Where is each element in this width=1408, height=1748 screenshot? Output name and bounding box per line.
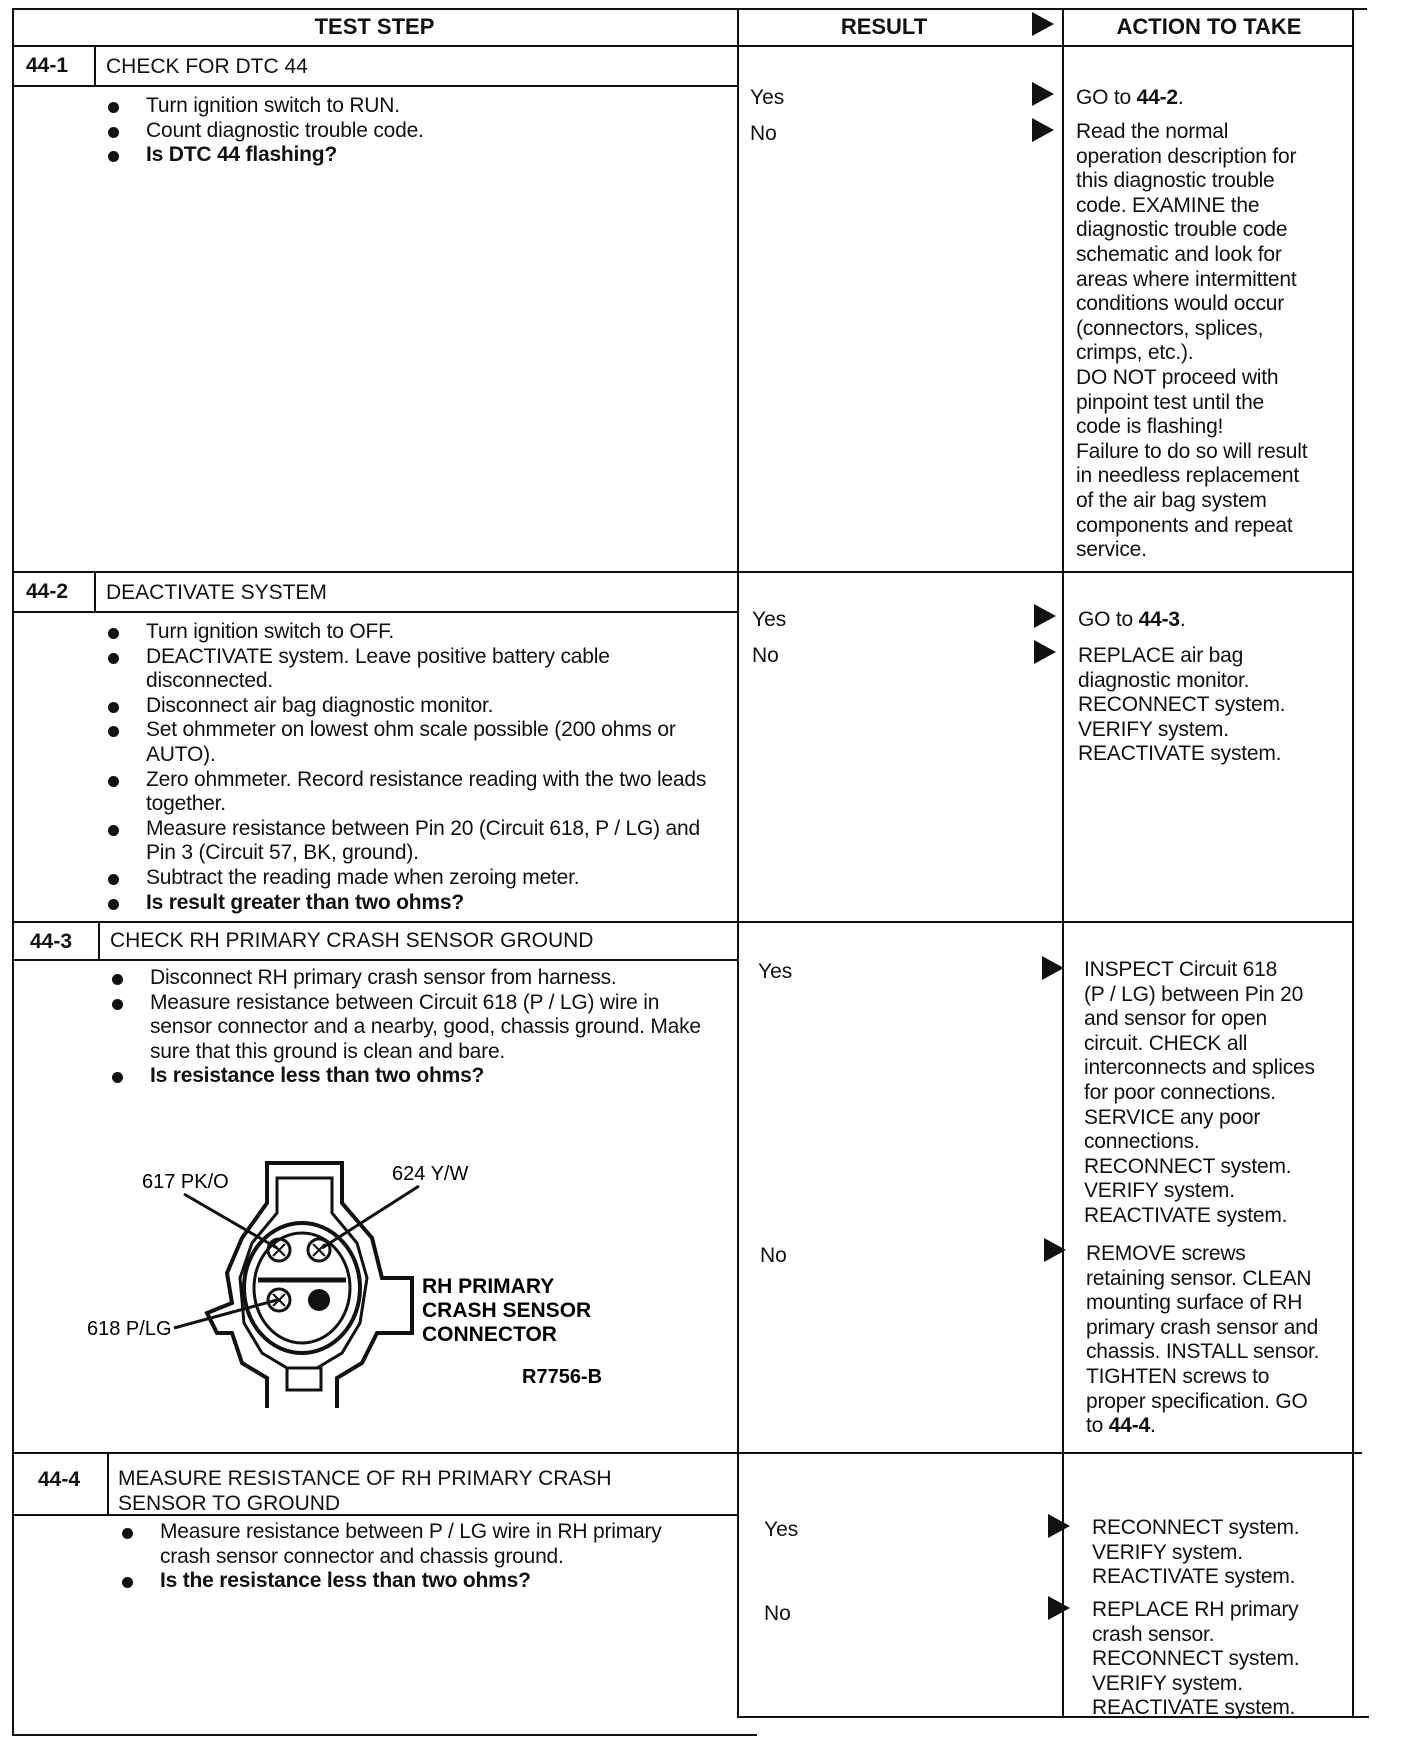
result-no: No (764, 1602, 791, 1626)
result-no: No (760, 1244, 787, 1268)
result-yes: Yes (764, 1518, 798, 1542)
figure-caption-line: CRASH SENSOR (422, 1299, 591, 1322)
instruction-question: Is resistance less than two ohms? (112, 1064, 722, 1089)
instruction: Disconnect RH primary crash sensor from … (112, 966, 722, 991)
result-no: No (752, 644, 779, 668)
instruction: Zero ohmmeter. Record resistance reading… (108, 768, 718, 817)
header-result: RESULT (739, 14, 1029, 40)
pin-label-624: 624 Y/W (392, 1163, 468, 1185)
instruction-question: Is result greater than two ohms? (108, 891, 718, 916)
instruction-question: Is the resistance less than two ohms? (122, 1569, 682, 1594)
step-instructions: Disconnect RH primary crash sensor from … (112, 966, 722, 1089)
instruction: Measure resistance between Pin 20 (Circu… (108, 817, 718, 866)
action-yes: INSPECT Circuit 618 (P / LG) between Pin… (1084, 958, 1315, 1229)
connector-diagram: 617 PK/O 624 Y/W 618 P/LG RH PRIMARY CRA… (72, 1128, 712, 1408)
step-number: 44-1 (26, 54, 68, 78)
step-instructions: Turn ignition switch to RUN. Count diagn… (108, 94, 718, 168)
arrow-icon (1044, 1238, 1066, 1262)
instruction: Turn ignition switch to RUN. (108, 94, 718, 119)
arrow-icon (1032, 82, 1054, 106)
instruction: Set ohmmeter on lowest ohm scale possibl… (108, 718, 718, 767)
result-no: No (750, 122, 777, 146)
step-instructions: Turn ignition switch to OFF. DEACTIVATE … (108, 620, 718, 915)
header-action: ACTION TO TAKE (1064, 14, 1354, 40)
arrow-icon (1034, 604, 1056, 628)
instruction-question: Is DTC 44 flashing? (108, 143, 718, 168)
arrow-icon (1032, 118, 1054, 142)
arrow-icon (1048, 1596, 1070, 1620)
step-title: CHECK FOR DTC 44 (106, 54, 308, 79)
figure-id: R7756-B (522, 1366, 602, 1388)
pin-label-617: 617 PK/O (142, 1171, 229, 1193)
header-arrow-icon (1032, 12, 1054, 36)
instruction: Turn ignition switch to OFF. (108, 620, 718, 645)
header-test-step: TEST STEP (12, 14, 737, 40)
instruction: Measure resistance between Circuit 618 (… (112, 991, 722, 1065)
action-no: REPLACE RH primary crash sensor. RECONNE… (1092, 1598, 1299, 1721)
action-no: REPLACE air bag diagnostic monitor. RECO… (1078, 644, 1285, 767)
result-yes: Yes (752, 608, 786, 632)
instruction: Disconnect air bag diagnostic monitor. (108, 694, 718, 719)
result-yes: Yes (758, 960, 792, 984)
step-title: DEACTIVATE SYSTEM (106, 580, 327, 605)
arrow-icon (1048, 1514, 1070, 1538)
action-no: Read the normal operation description fo… (1076, 120, 1307, 563)
step-number: 44-2 (26, 580, 68, 604)
result-yes: Yes (750, 86, 784, 110)
action-yes: GO to 44-3. (1078, 608, 1186, 633)
figure-caption-line: CONNECTOR (422, 1323, 557, 1346)
instruction: Subtract the reading made when zeroing m… (108, 866, 718, 891)
instruction: Measure resistance between P / LG wire i… (122, 1520, 682, 1569)
step-number: 44-3 (30, 930, 72, 954)
step-number: 44-4 (38, 1468, 80, 1492)
step-title: CHECK RH PRIMARY CRASH SENSOR GROUND (110, 928, 593, 953)
figure-caption-line: RH PRIMARY (422, 1275, 554, 1298)
instruction: DEACTIVATE system. Leave positive batter… (108, 645, 718, 694)
pin-label-618: 618 P/LG (87, 1318, 172, 1340)
arrow-icon (1042, 956, 1064, 980)
step-instructions: Measure resistance between P / LG wire i… (122, 1520, 682, 1594)
instruction: Count diagnostic trouble code. (108, 119, 718, 144)
action-yes: GO to 44-2. (1076, 86, 1184, 111)
action-yes: RECONNECT system. VERIFY system. REACTIV… (1092, 1516, 1299, 1590)
step-title: MEASURE RESISTANCE OF RH PRIMARY CRASH S… (118, 1466, 678, 1516)
arrow-icon (1034, 640, 1056, 664)
action-no: REMOVE screws retaining sensor. CLEAN mo… (1086, 1242, 1319, 1439)
